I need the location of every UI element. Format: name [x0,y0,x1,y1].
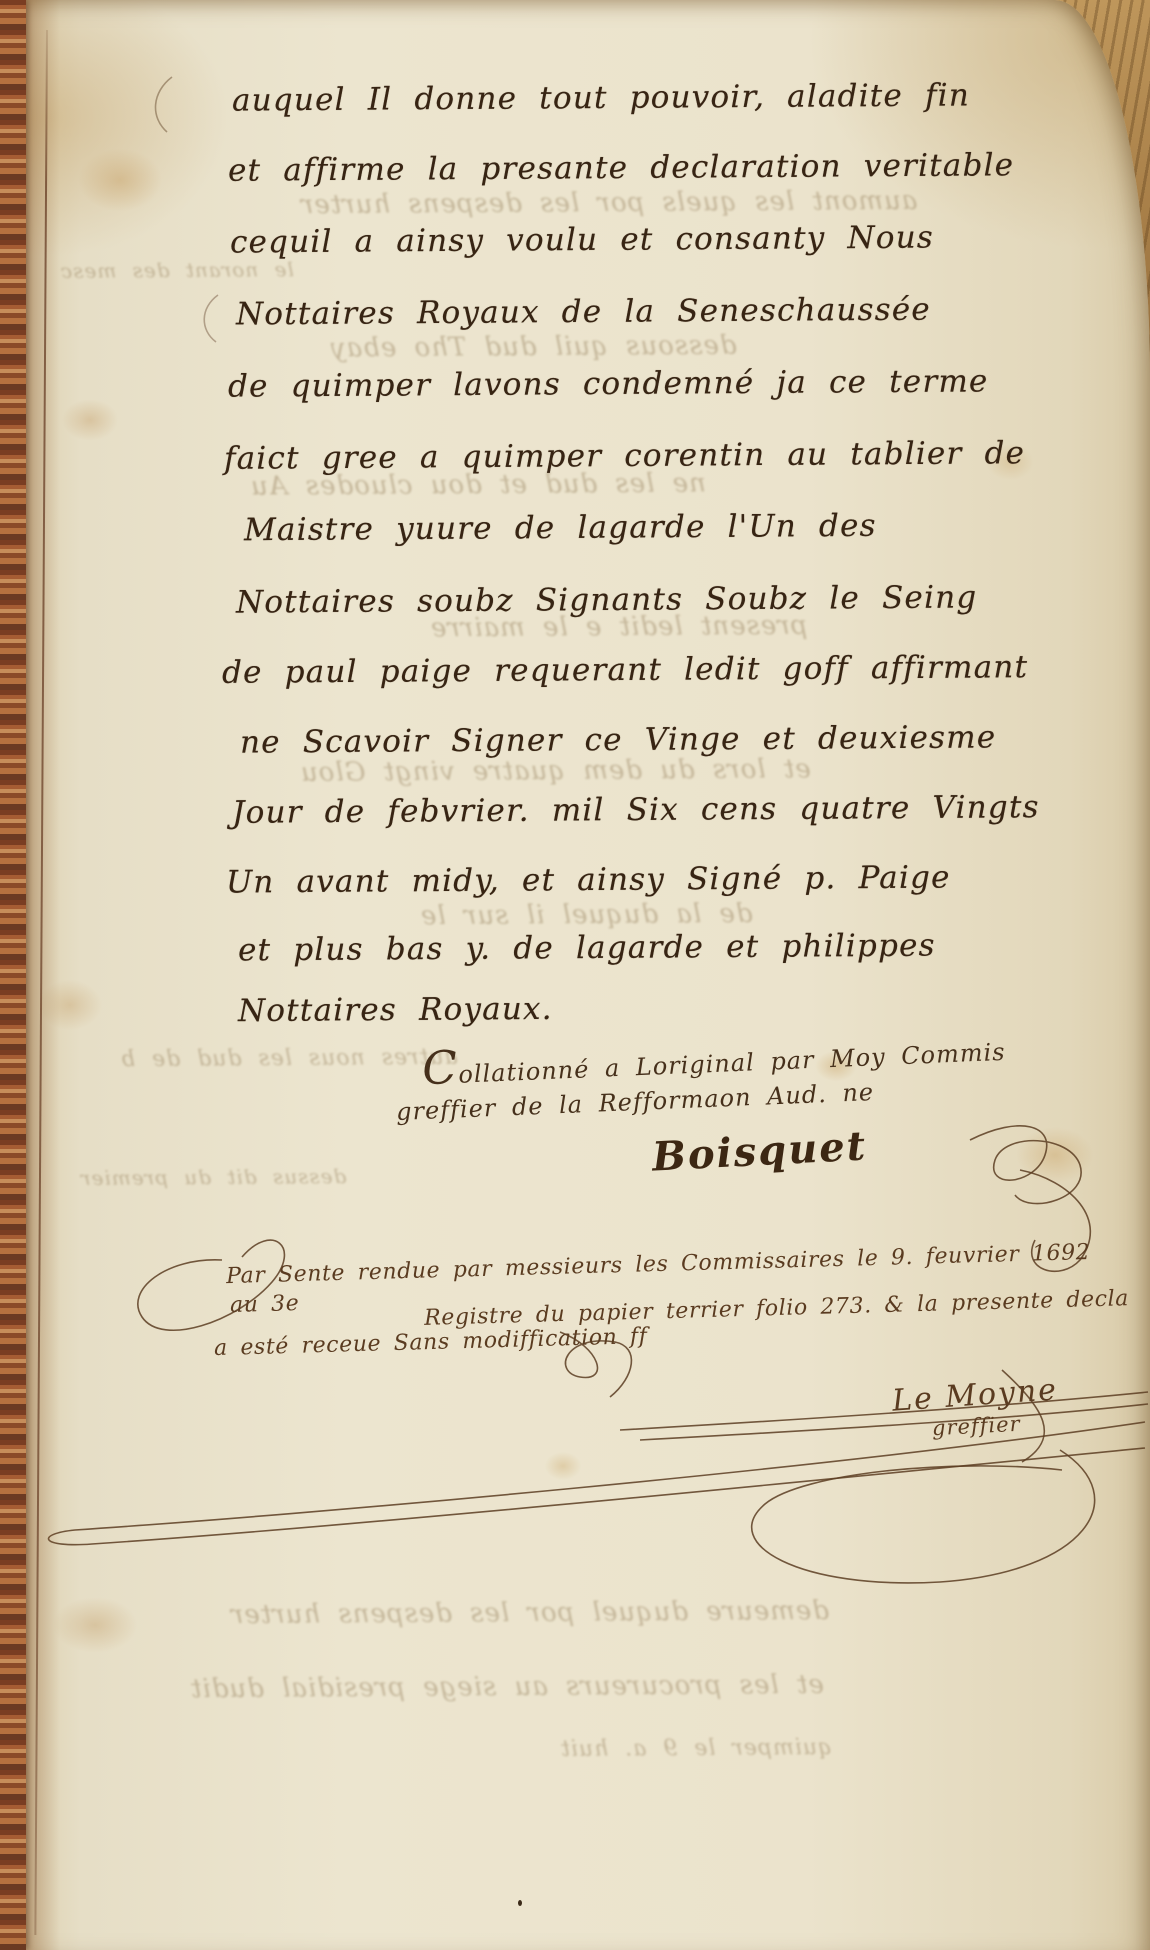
bleed-through-text: dessus dit du premier [80,1164,346,1190]
manuscript-line: et affirme la presante declaration verit… [228,147,1014,188]
margin-mark [142,72,202,142]
ink-speck [518,1900,522,1906]
manuscript-line: ne Scavoir Signer ce Vinge et deuxiesme [240,719,997,760]
manuscript-line: auquel Il donne tout pouvoir, aladite fi… [232,77,970,118]
bleed-through-text: quimper le 9 a. huit [560,1735,832,1762]
manuscript-line: faict gree a quimper corentin au tablier… [224,435,1025,477]
manuscript-line: Maistre yuure de lagarde l'Un des [244,508,877,548]
margin-mark [190,290,240,350]
bleed-through-text: aumont les quels por les despens hurter [300,186,917,220]
greffier-signature: Boisquet [651,1122,868,1180]
commissaires-note-line: Registre du papier terrier folio 273. & … [424,1286,1129,1331]
manuscript-line: Un avant midy, et ainsy Signé p. Paige [226,859,951,900]
manuscript-line: Jour de febvrier. mil Six cens quatre Vi… [232,789,1040,831]
manuscript-page: aumont les quels por les despens hurter … [0,0,1150,1950]
bleed-through-text: et les procureurs au siege presidial dud… [190,1670,824,1704]
bleed-through-text: le norant des mesc [60,257,294,283]
bleed-through-text: autres nous les dud de b [120,1045,458,1072]
manuscript-line: cequil a ainsy voulu et consanty Nous [230,220,934,261]
bleed-through-text: de la duquel il sur le [420,899,753,931]
binding-shadow [26,0,60,1950]
manuscript-line: Nottaires Royaux de la Seneschaussée [236,292,931,333]
collation-line: Collationné a Loriginal par Moy Commis [421,1018,1006,1095]
manuscript-line: et plus bas y. de lagarde et philippes [238,928,936,969]
signature-flourish [0,1330,1150,1660]
bleed-through-text: dessous quil dud Tho ebay [330,331,737,364]
manuscript-line: de quimper lavons condemné ja ce terme [228,363,989,404]
commissaires-note-line: Par Sente rendue par messieurs les Commi… [226,1240,1091,1289]
manuscript-line: Nottaires Royaux. [238,991,553,1029]
book-binding-edge [0,0,26,1950]
manuscript-line: de paul paige requerant ledit goff affir… [222,649,1028,691]
manuscript-line: Nottaires soubz Signants Soubz le Seing [236,579,978,620]
